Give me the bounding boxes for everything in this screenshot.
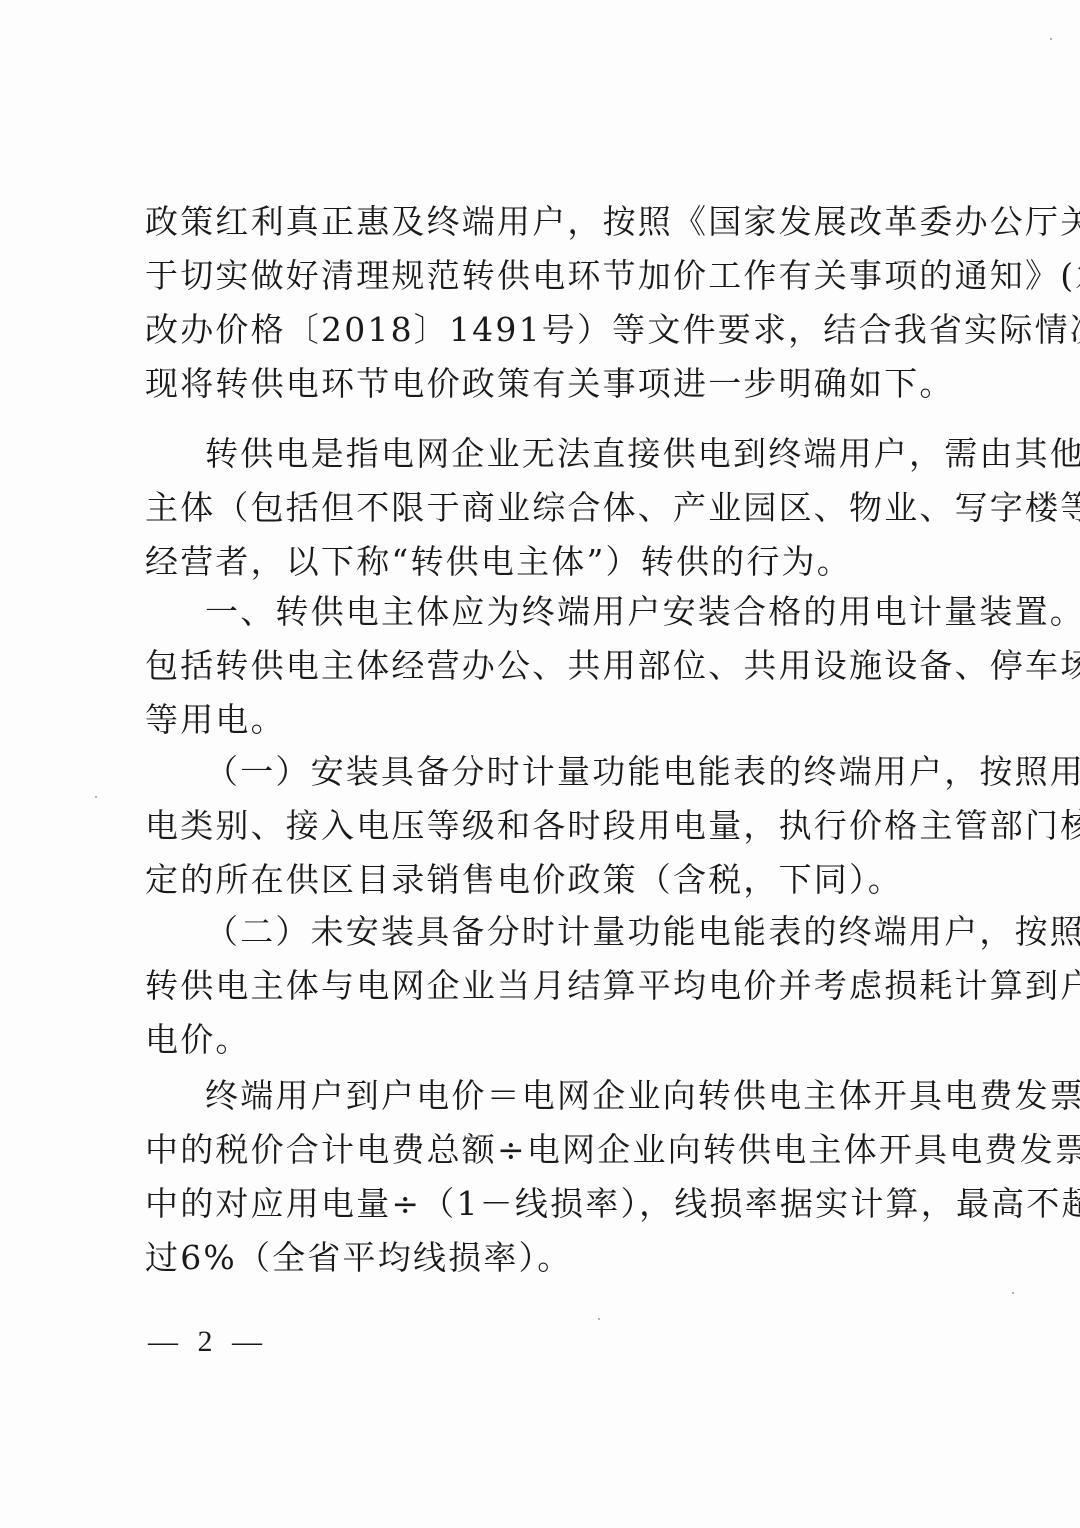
paragraph-first-line: 终端用户到户电价＝电网企业向转供电主体开具电费发票 (205, 1076, 935, 1116)
document-page: 政策红利真正惠及终端用户，按照《国家发展改革委办公厅关于切实做好清理规范转供电环… (0, 0, 1080, 1528)
scan-speck (1050, 38, 1052, 40)
paragraph-first-line: 一、转供电主体应为终端用户安装合格的用电计量装置。 (205, 592, 935, 632)
text-line: 转供电主体与电网企业当月结算平均电价并考虑损耗计算到户 (145, 966, 935, 1006)
page-number: — 2 — (148, 1322, 268, 1362)
text-line: 改办价格〔2018〕1491号）等文件要求，结合我省实际情况， (145, 310, 935, 350)
text-line: 等用电。 (145, 700, 935, 740)
text-line: 主体（包括但不限于商业综合体、产业园区、物业、写字楼等 (145, 488, 935, 528)
text-line: 过6%（全省平均线损率）。 (145, 1238, 935, 1278)
text-line: 中的对应用电量÷（1－线损率），线损率据实计算，最高不超 (145, 1184, 935, 1224)
text-line: 现将转供电环节电价政策有关事项进一步明确如下。 (145, 364, 935, 404)
text-line: 电价。 (145, 1020, 935, 1060)
scan-speck (1012, 1292, 1014, 1294)
text-line: 电类别、接入电压等级和各时段用电量，执行价格主管部门核 (145, 806, 935, 846)
text-line: 经营者，以下称“转供电主体”）转供的行为。 (145, 542, 935, 582)
scan-speck (95, 796, 97, 798)
paragraph-first-line: 转供电是指电网企业无法直接供电到终端用户，需由其他 (205, 434, 935, 474)
text-line: 中的税价合计电费总额÷电网企业向转供电主体开具电费发票 (145, 1130, 935, 1170)
text-line: 定的所在供区目录销售电价政策（含税，下同）。 (145, 860, 935, 900)
scan-speck (598, 1318, 600, 1320)
text-line: 包括转供电主体经营办公、共用部位、共用设施设备、停车场 (145, 646, 935, 686)
text-line: 政策红利真正惠及终端用户，按照《国家发展改革委办公厅关 (145, 202, 935, 242)
text-line: 于切实做好清理规范转供电环节加价工作有关事项的通知》(发 (145, 256, 935, 296)
paragraph-first-line: （二）未安装具备分时计量功能电能表的终端用户，按照 (205, 912, 935, 952)
paragraph-first-line: （一）安装具备分时计量功能电能表的终端用户，按照用 (205, 752, 935, 792)
